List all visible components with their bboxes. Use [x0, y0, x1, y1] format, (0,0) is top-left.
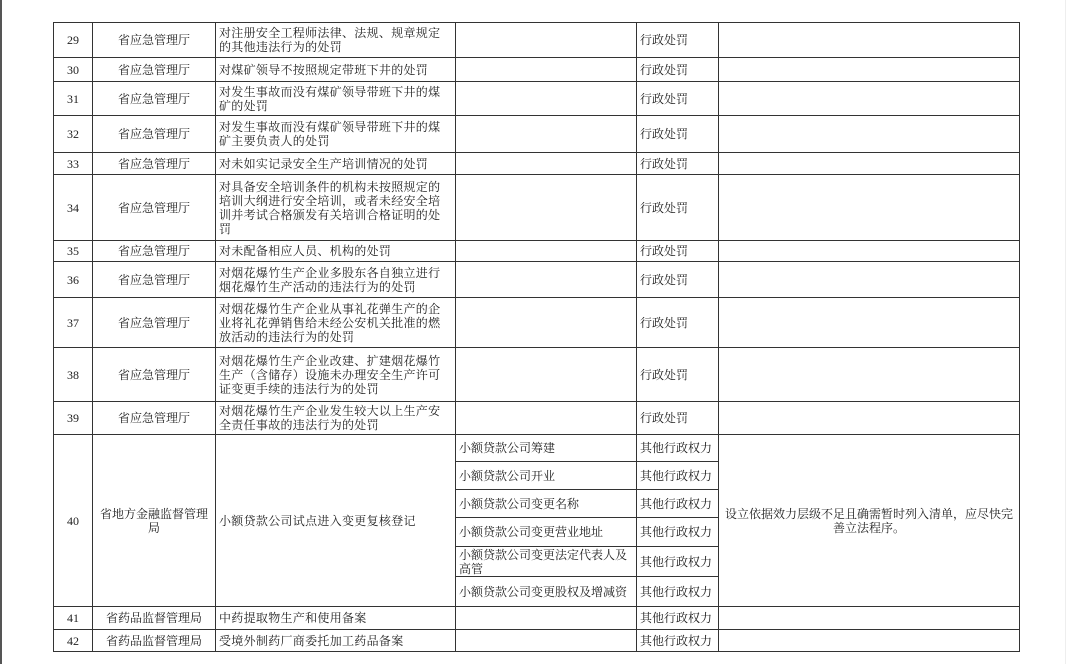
- sub-item: 小额贷款公司变更法定代表人及高管: [456, 547, 637, 577]
- power-type: 行政处罚: [637, 23, 719, 58]
- table-row: 36省应急管理厅对烟花爆竹生产企业多股东各自独立进行烟花爆竹生产活动的违法行为的…: [54, 262, 1020, 298]
- power-item: 对烟花爆竹生产企业多股东各自独立进行烟花爆竹生产活动的违法行为的处罚: [216, 262, 456, 298]
- row-number: 41: [54, 607, 93, 630]
- row-number: 29: [54, 23, 93, 58]
- page-edge: [0, 0, 2, 664]
- power-item: 对煤矿领导不按照规定带班下井的处罚: [216, 58, 456, 82]
- table-row: 38省应急管理厅对烟花爆竹生产企业改建、扩建烟花爆竹生产（含储存）设施未办理安全…: [54, 348, 1020, 402]
- department: 省应急管理厅: [93, 402, 216, 435]
- power-type: 行政处罚: [637, 262, 719, 298]
- department: 省应急管理厅: [93, 82, 216, 116]
- row-number: 42: [54, 630, 93, 652]
- row-number: 30: [54, 58, 93, 82]
- power-type: 行政处罚: [637, 82, 719, 116]
- power-type: 行政处罚: [637, 175, 719, 241]
- row-number: 36: [54, 262, 93, 298]
- sub-item: [456, 262, 637, 298]
- power-type: 行政处罚: [637, 348, 719, 402]
- department: 省应急管理厅: [93, 262, 216, 298]
- department: 省应急管理厅: [93, 23, 216, 58]
- row-number: 32: [54, 116, 93, 153]
- power-item: 中药提取物生产和使用备案: [216, 607, 456, 630]
- department: 省应急管理厅: [93, 58, 216, 82]
- department: 省应急管理厅: [93, 175, 216, 241]
- department: 省应急管理厅: [93, 241, 216, 262]
- power-item: 对烟花爆竹生产企业从事礼花弹生产的企业将礼花弹销售给未经公安机关批准的燃放活动的…: [216, 298, 456, 348]
- power-item: 对未如实记录安全生产培训情况的处罚: [216, 153, 456, 175]
- department: 省药品监督管理局: [93, 607, 216, 630]
- remark: [719, 23, 1020, 58]
- power-type: 其他行政权力: [637, 577, 719, 607]
- power-item: 对烟花爆竹生产企业改建、扩建烟花爆竹生产（含储存）设施未办理安全生产许可证变更手…: [216, 348, 456, 402]
- power-type: 其他行政权力: [637, 630, 719, 652]
- sub-item: [456, 630, 637, 652]
- remark: [719, 630, 1020, 652]
- sub-item: 小额贷款公司筹建: [456, 435, 637, 462]
- department: 省应急管理厅: [93, 116, 216, 153]
- sub-item: [456, 175, 637, 241]
- table-row: 30省应急管理厅对煤矿领导不按照规定带班下井的处罚行政处罚: [54, 58, 1020, 82]
- power-type: 行政处罚: [637, 116, 719, 153]
- row-number: 39: [54, 402, 93, 435]
- sub-item: [456, 23, 637, 58]
- table-row: 31省应急管理厅对发生事故而没有煤矿领导带班下井的煤矿的处罚行政处罚: [54, 82, 1020, 116]
- power-type: 其他行政权力: [637, 607, 719, 630]
- table-row: 32省应急管理厅对发生事故而没有煤矿领导带班下井的煤矿主要负责人的处罚行政处罚: [54, 116, 1020, 153]
- sub-item: [456, 298, 637, 348]
- power-type: 行政处罚: [637, 402, 719, 435]
- department: 省应急管理厅: [93, 153, 216, 175]
- table-row: 37省应急管理厅对烟花爆竹生产企业从事礼花弹生产的企业将礼花弹销售给未经公安机关…: [54, 298, 1020, 348]
- power-item: 对注册安全工程师法律、法规、规章规定的其他违法行为的处罚: [216, 23, 456, 58]
- page-margin-line: [1065, 0, 1066, 664]
- sub-item: [456, 58, 637, 82]
- table-row: 34省应急管理厅对具备安全培训条件的机构未按照规定的培训大纲进行安全培训，或者未…: [54, 175, 1020, 241]
- row-number: 31: [54, 82, 93, 116]
- power-type: 其他行政权力: [637, 435, 719, 462]
- power-item: 对发生事故而没有煤矿领导带班下井的煤矿的处罚: [216, 82, 456, 116]
- sub-item: 小额贷款公司变更营业地址: [456, 518, 637, 547]
- table-row: 39省应急管理厅对烟花爆竹生产企业发生较大以上生产安全责任事故的违法行为的处罚行…: [54, 402, 1020, 435]
- power-type: 行政处罚: [637, 298, 719, 348]
- power-item: 对具备安全培训条件的机构未按照规定的培训大纲进行安全培训，或者未经安全培训并考试…: [216, 175, 456, 241]
- sub-item: [456, 607, 637, 630]
- sub-item: [456, 348, 637, 402]
- row-number: 35: [54, 241, 93, 262]
- remark: [719, 116, 1020, 153]
- sub-item: 小额贷款公司变更名称: [456, 490, 637, 518]
- power-item: 受境外制药厂商委托加工药品备案: [216, 630, 456, 652]
- remark: [719, 298, 1020, 348]
- remark: 设立依据效力层级不足且确需暂时列入清单，应尽快完善立法程序。: [719, 435, 1020, 607]
- remark: [719, 402, 1020, 435]
- power-type: 其他行政权力: [637, 547, 719, 577]
- power-type: 行政处罚: [637, 58, 719, 82]
- power-type: 行政处罚: [637, 241, 719, 262]
- remark: [719, 607, 1020, 630]
- power-item: 对未配备相应人员、机构的处罚: [216, 241, 456, 262]
- remark: [719, 58, 1020, 82]
- sub-item: [456, 241, 637, 262]
- remark: [719, 241, 1020, 262]
- row-number: 40: [54, 435, 93, 607]
- power-type: 行政处罚: [637, 153, 719, 175]
- department: 省地方金融监督管理局: [93, 435, 216, 607]
- sub-item: 小额贷款公司变更股权及增减资: [456, 577, 637, 607]
- remark: [719, 348, 1020, 402]
- power-item: 对发生事故而没有煤矿领导带班下井的煤矿主要负责人的处罚: [216, 116, 456, 153]
- power-type: 其他行政权力: [637, 518, 719, 547]
- department: 省应急管理厅: [93, 348, 216, 402]
- remark: [719, 175, 1020, 241]
- sub-item: [456, 116, 637, 153]
- power-item: 对烟花爆竹生产企业发生较大以上生产安全责任事故的违法行为的处罚: [216, 402, 456, 435]
- table-row: 33省应急管理厅对未如实记录安全生产培训情况的处罚行政处罚: [54, 153, 1020, 175]
- remark: [719, 262, 1020, 298]
- row-number: 33: [54, 153, 93, 175]
- table-row: 40省地方金融监督管理局小额贷款公司试点进入变更复核登记小额贷款公司筹建其他行政…: [54, 435, 1020, 462]
- power-item: 小额贷款公司试点进入变更复核登记: [216, 435, 456, 607]
- sub-item: 小额贷款公司开业: [456, 462, 637, 490]
- sub-item: [456, 82, 637, 116]
- table-row: 29省应急管理厅对注册安全工程师法律、法规、规章规定的其他违法行为的处罚行政处罚: [54, 23, 1020, 58]
- power-type: 其他行政权力: [637, 490, 719, 518]
- remark: [719, 82, 1020, 116]
- sub-item: [456, 402, 637, 435]
- row-number: 37: [54, 298, 93, 348]
- remark: [719, 153, 1020, 175]
- sub-item: [456, 153, 637, 175]
- power-list-table: 29省应急管理厅对注册安全工程师法律、法规、规章规定的其他违法行为的处罚行政处罚…: [53, 22, 1020, 652]
- row-number: 34: [54, 175, 93, 241]
- department: 省应急管理厅: [93, 298, 216, 348]
- table-row: 42省药品监督管理局受境外制药厂商委托加工药品备案其他行政权力: [54, 630, 1020, 652]
- department: 省药品监督管理局: [93, 630, 216, 652]
- table-row: 35省应急管理厅对未配备相应人员、机构的处罚行政处罚: [54, 241, 1020, 262]
- power-type: 其他行政权力: [637, 462, 719, 490]
- table-row: 41省药品监督管理局中药提取物生产和使用备案其他行政权力: [54, 607, 1020, 630]
- row-number: 38: [54, 348, 93, 402]
